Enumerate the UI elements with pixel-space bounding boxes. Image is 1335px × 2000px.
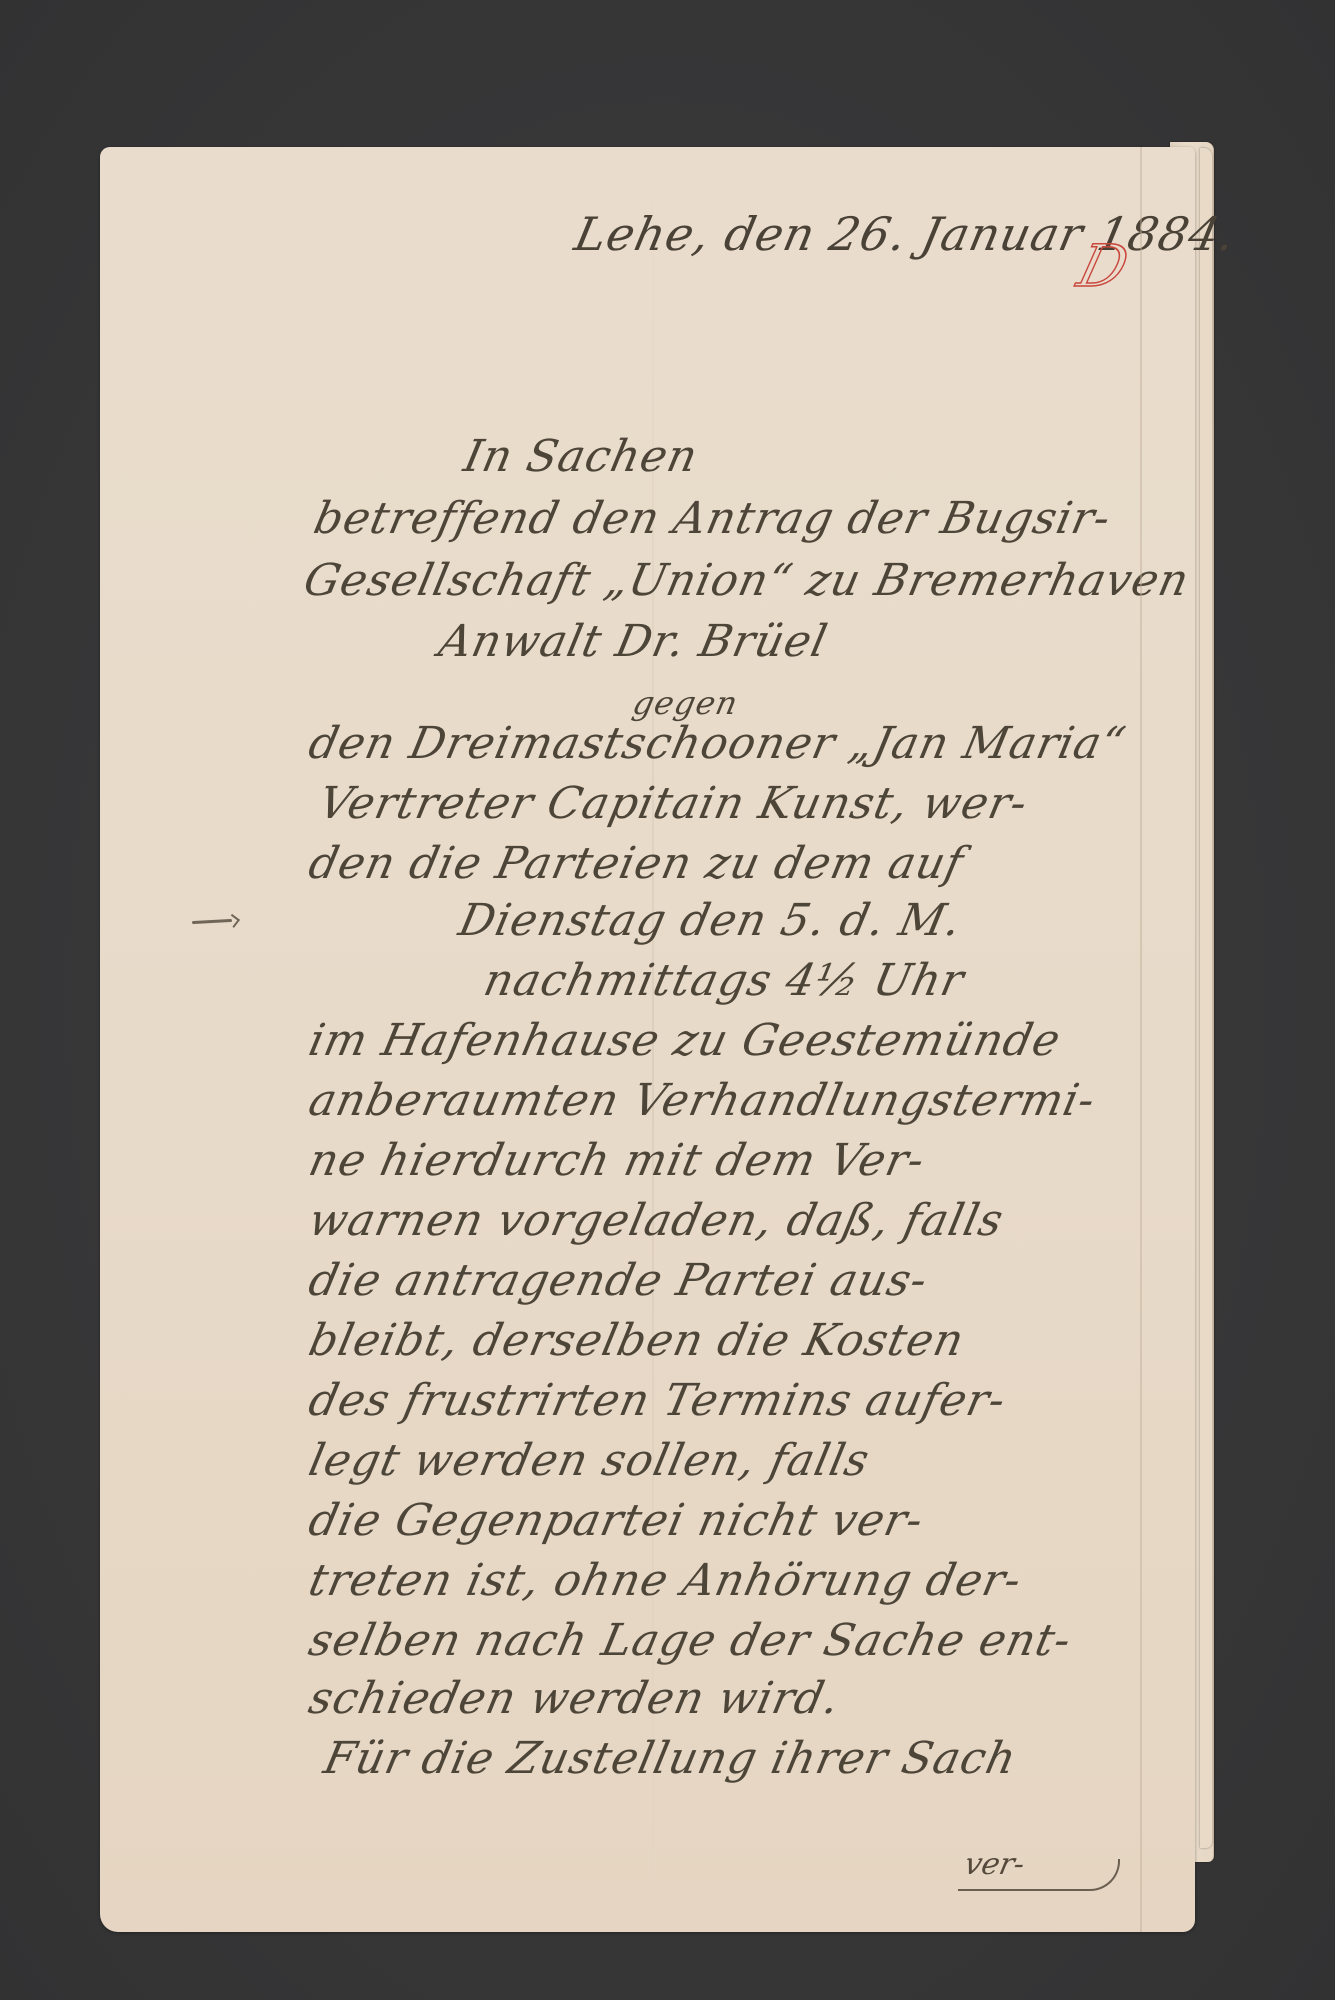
text-line: den Dreimastschooner „Jan Maria“ [305, 722, 1130, 766]
text-line: Dienstag den 5. d. M. [455, 899, 965, 943]
document-page: Lehe, den 26. Januar 1884. D In Sachen b… [100, 147, 1195, 1932]
text-line: anberaumten Verhandlungstermi- [305, 1079, 1099, 1123]
text-line: im Hafenhause zu Geestemünde [305, 1019, 1065, 1063]
text-line: betreffend den Antrag der Bugsir- [310, 497, 1115, 541]
text-line: Gesellschaft „Union“ zu Bremerhaven [300, 559, 1193, 603]
text-line: bleibt, derselben die Kosten [305, 1319, 968, 1363]
text-line: ne hierdurch mit dem Ver- [305, 1139, 929, 1183]
text-line: treten ist, ohne Anhörung der- [305, 1559, 1026, 1603]
text-line: selben nach Lage der Sache ent- [305, 1619, 1075, 1663]
text-line: Anwalt Dr. Brüel [435, 620, 831, 664]
signature-flourish [958, 1859, 1120, 1891]
back-page-edge-2 [1200, 148, 1212, 1848]
text-line: die antragende Partei aus- [305, 1259, 932, 1303]
text-line: Für die Zustellung ihrer Sach [320, 1737, 1021, 1781]
text-line: warnen vorgeladen, daß, falls [305, 1199, 1007, 1243]
text-line: gegen [630, 687, 741, 719]
text-line: die Gegenpartei nicht ver- [305, 1499, 927, 1543]
text-line: Vertreter Capitain Kunst, wer- [315, 782, 1032, 826]
text-line: nachmittags 4½ Uhr [480, 959, 968, 1003]
text-line: In Sachen [460, 435, 702, 479]
date-line: Lehe, den 26. Januar 1884. [570, 207, 1241, 261]
text-line: des frustrirten Termins aufer- [305, 1379, 1010, 1423]
text-line: legt werden sollen, falls [305, 1439, 873, 1483]
text-line: schieden werden wird. [305, 1677, 844, 1721]
text-line: den die Parteien zu dem auf [305, 842, 967, 886]
